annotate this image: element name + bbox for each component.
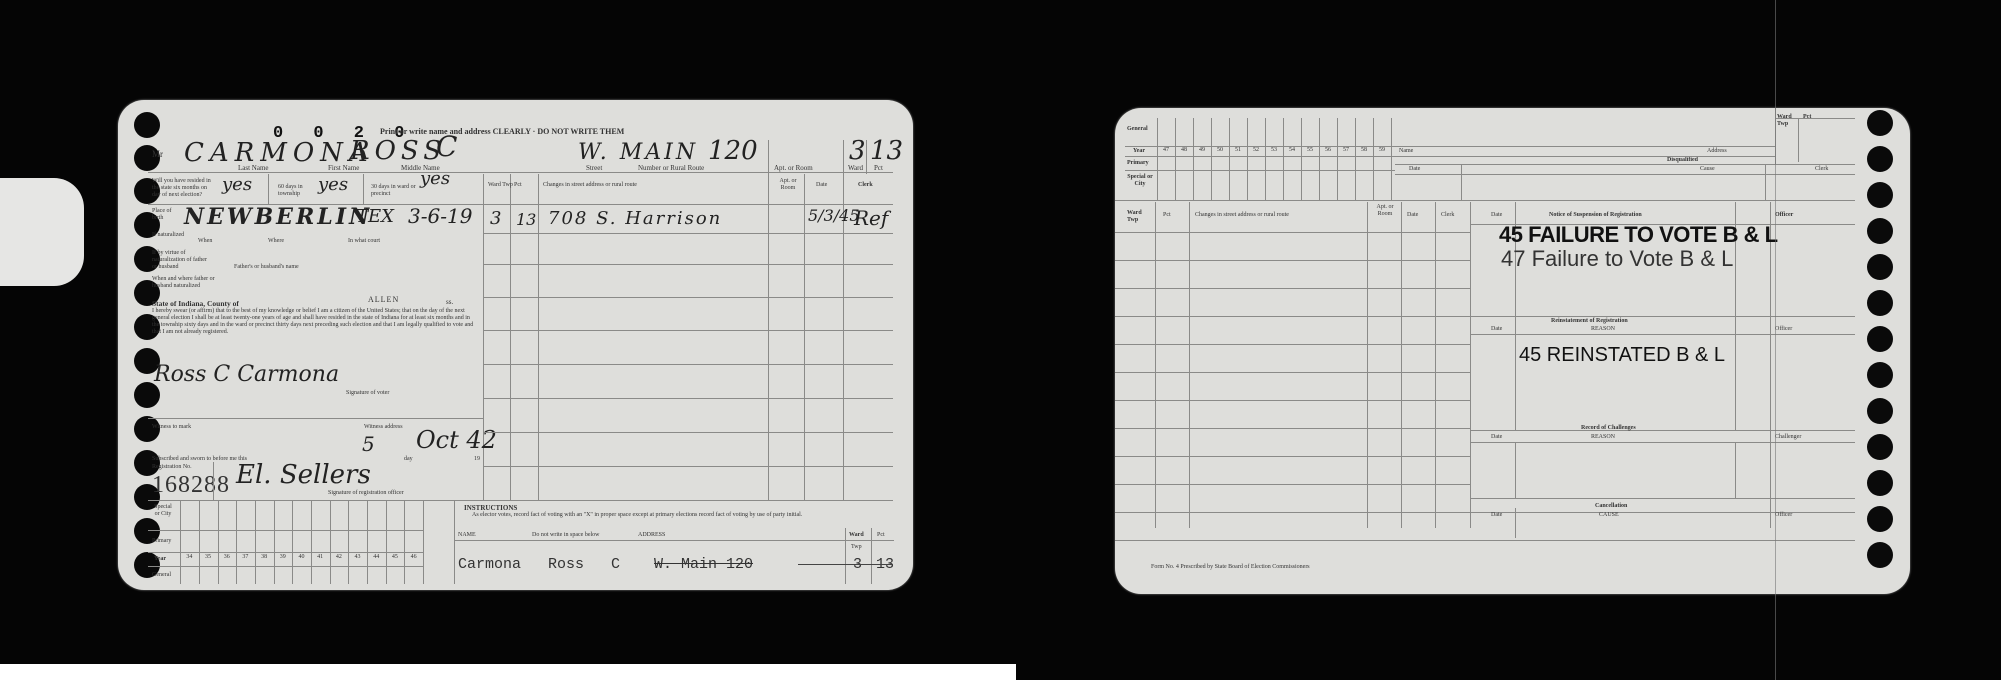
label-street: Street <box>586 164 602 172</box>
label-changes-address: Changes in street address or rural route <box>543 182 637 189</box>
punch-hole <box>1867 326 1893 352</box>
typed-address: W. Main 120 <box>654 556 753 573</box>
label-challenges-date: Date <box>1491 434 1502 441</box>
instructions-text: As elector votes, record fact of voting … <box>472 512 862 519</box>
punch-hole <box>1867 254 1893 280</box>
label-witness-to-mark: Witness to mark <box>152 424 191 431</box>
punch-hole <box>1867 182 1893 208</box>
punch-hole <box>1867 470 1893 496</box>
voting-record-grid: Special or City Primary Year General 34 … <box>148 500 423 584</box>
label-year-prefix: 19 <box>474 456 480 463</box>
label-q-township: 60 days in township <box>278 184 318 198</box>
middle-name-value: C <box>436 130 457 163</box>
label-number: Number or Rural Route <box>638 164 704 172</box>
change-clerk: Ref <box>854 206 888 230</box>
registration-card-back: General Year Primary Special or City 47 … <box>1115 108 1910 594</box>
scan-artifact <box>0 178 84 286</box>
label-name: Name <box>1399 148 1413 155</box>
vr-back-year: Year <box>1133 148 1145 155</box>
punch-hole <box>1867 110 1893 136</box>
label-cancellation-cause: CAUSE <box>1599 512 1619 519</box>
street-value: W. MAIN <box>578 140 698 165</box>
instructions-title: INSTRUCTIONS <box>464 504 517 512</box>
label-state-county: State of Indiana, County of <box>152 300 239 308</box>
punch-hole <box>1867 542 1893 568</box>
label-disq-clerk: Clerk <box>1815 166 1828 173</box>
label-pct: Pct <box>874 164 883 172</box>
label-naturalized: If naturalized <box>152 232 184 239</box>
label-reinstatement-title: Reinstatement of Registration <box>1551 318 1628 325</box>
label-changes-date: Date <box>816 182 827 189</box>
footer-label-ward: Ward <box>849 532 864 539</box>
scan-margin <box>0 664 1016 680</box>
label-cancellation-officer: Officer <box>1775 512 1792 519</box>
oath-day: 5 <box>362 432 375 456</box>
vr-back-special: Special or City <box>1127 174 1153 188</box>
oath-text: I hereby swear (or affirm) that to the b… <box>152 308 477 336</box>
punch-hole <box>1867 146 1893 172</box>
label-cause: Cause <box>1700 166 1715 173</box>
label-changes-clerk: Clerk <box>858 182 873 189</box>
label-challenger: Challenger <box>1775 434 1801 441</box>
officer-signature: El. Sellers <box>236 460 371 490</box>
footer-label-pct: Pct <box>877 532 885 539</box>
vr-row-general: General <box>152 572 171 579</box>
vr-row-special: Special or City <box>152 504 174 518</box>
label-when: When <box>198 238 212 245</box>
change-date: 5/3/45 <box>808 206 860 225</box>
punch-hole <box>1867 398 1893 424</box>
label-ward-twp: Ward Twp <box>1777 114 1799 128</box>
label-changes-ward: Ward Twp <box>488 182 513 189</box>
label-in-what-court: In what court <box>348 238 380 245</box>
answer-township: yes <box>318 174 348 195</box>
label-reg-no: Registration No. <box>152 464 192 471</box>
label-ward: Ward <box>848 164 863 172</box>
county-value: ALLEN <box>368 296 399 304</box>
oath-month-year: Oct 42 <box>416 426 497 454</box>
punch-hole <box>1867 506 1893 532</box>
vr-row-year: Year <box>154 556 166 563</box>
change-ward: 3 <box>490 208 501 229</box>
header-instruction: Print or write name and address CLEARLY … <box>380 128 624 136</box>
vr-back-general: General <box>1127 126 1148 133</box>
label-subscribed: Subscribed and sworn to before me this <box>152 456 247 463</box>
label-first-name: First Name <box>328 164 359 172</box>
label-back-changes-apt: Apt. or Room <box>1373 204 1397 218</box>
label-back-changes-ward: Ward Twp <box>1127 210 1151 224</box>
footer-label-do-not-write: Do not write in space below <box>532 532 599 539</box>
label-q-ward: 30 days in ward or precinct <box>371 184 421 198</box>
registration-card-front: 0 0 2 0 Print or write name and address … <box>118 100 913 590</box>
label-cancellation-date: Date <box>1491 512 1502 519</box>
answer-ward: yes <box>420 168 450 189</box>
label-where: Where <box>268 238 284 245</box>
label-suspension-officer: Officer <box>1775 212 1793 219</box>
first-name-value: ROSS <box>350 136 446 166</box>
label-changes-apt: Apt. or Room <box>774 178 802 192</box>
label-by-virtue: If by virtue of naturalization of father… <box>152 250 208 271</box>
stamp-suspension-45: 45 FAILURE TO VOTE B & L <box>1499 222 1778 248</box>
ward-value: 3 <box>849 136 866 166</box>
vr-row-primary: Primary <box>152 538 171 545</box>
label-q-state: Will you have resided in the state six m… <box>152 178 214 199</box>
label-cancellation-title: Cancellation <box>1595 503 1627 510</box>
label-suspension-date: Date <box>1491 212 1502 219</box>
label-disq-date: Date <box>1409 166 1420 173</box>
label-changes-pct: Pct <box>514 182 522 189</box>
vr-back-primary: Primary <box>1127 160 1149 167</box>
label-reinstatement-date: Date <box>1491 326 1502 333</box>
form-footer: Form No. 4 Prescribed by State Board of … <box>1151 564 1310 571</box>
footer-label-name: NAME <box>458 532 476 539</box>
voting-record-grid-back: General Year Primary Special or City 47 … <box>1125 118 1395 200</box>
stamp-reinstated-45: 45 REINSTATED B & L <box>1519 344 1725 367</box>
footer-label-twp: Twp <box>851 544 862 551</box>
label-suspension-title: Notice of Suspension of Registration <box>1549 212 1642 219</box>
change-pct: 13 <box>516 210 536 229</box>
scan-line-artifact <box>1775 0 1776 680</box>
label-day: day <box>404 456 413 463</box>
typed-name: Carmona Ross C <box>458 556 620 573</box>
label-fathers-name: Father's or husband's name <box>234 264 299 271</box>
label-reinstatement-reason: REASON <box>1591 326 1615 333</box>
birth-state-value: TEX <box>356 206 394 227</box>
label-ss: ss. <box>446 298 453 306</box>
label-address: Address <box>1707 148 1727 155</box>
label-reinstatement-officer: Officer <box>1775 326 1792 333</box>
title-prefix: Mr <box>152 150 163 158</box>
label-challenges-title: Record of Challenges <box>1581 425 1636 432</box>
change-address: 708 S. Harrison <box>548 208 722 229</box>
punch-hole <box>134 112 160 138</box>
label-back-changes-address: Changes in street address or rural route <box>1195 212 1289 219</box>
label-when-where-father: When and where father or husband natural… <box>152 276 216 290</box>
birth-date-value: 3-6-19 <box>408 204 472 228</box>
label-challenges-reason: REASON <box>1591 434 1615 441</box>
label-place-of-birth: Place of birth <box>152 208 180 222</box>
label-witness-address: Witness address <box>364 424 403 431</box>
label-back-changes-date: Date <box>1407 212 1418 219</box>
stamp-suspension-47: 47 Failure to Vote B & L <box>1501 246 1733 272</box>
registration-number: 168288 <box>152 472 230 499</box>
label-disqualified: Disqualified <box>1667 157 1698 164</box>
label-back-changes-clerk: Clerk <box>1441 212 1454 219</box>
pct-value: 13 <box>870 136 903 166</box>
label-sig-officer: Signature of registration officer <box>328 490 404 497</box>
label-last-name: Last Name <box>238 164 269 172</box>
footer-label-address: ADDRESS <box>638 532 665 539</box>
answer-state: yes <box>222 174 252 195</box>
punch-hole <box>1867 218 1893 244</box>
birth-place-value: NEWBERLIN <box>184 204 372 230</box>
label-back-changes-pct: Pct <box>1163 212 1171 219</box>
punch-hole <box>1867 362 1893 388</box>
label-sig-voter: Signature of voter <box>346 390 389 397</box>
label-apt: Apt. or Room <box>774 164 813 172</box>
voter-signature: Ross C Carmona <box>154 362 339 387</box>
house-number-value: 120 <box>708 136 758 166</box>
punch-hole <box>1867 290 1893 316</box>
punch-hole <box>1867 434 1893 460</box>
